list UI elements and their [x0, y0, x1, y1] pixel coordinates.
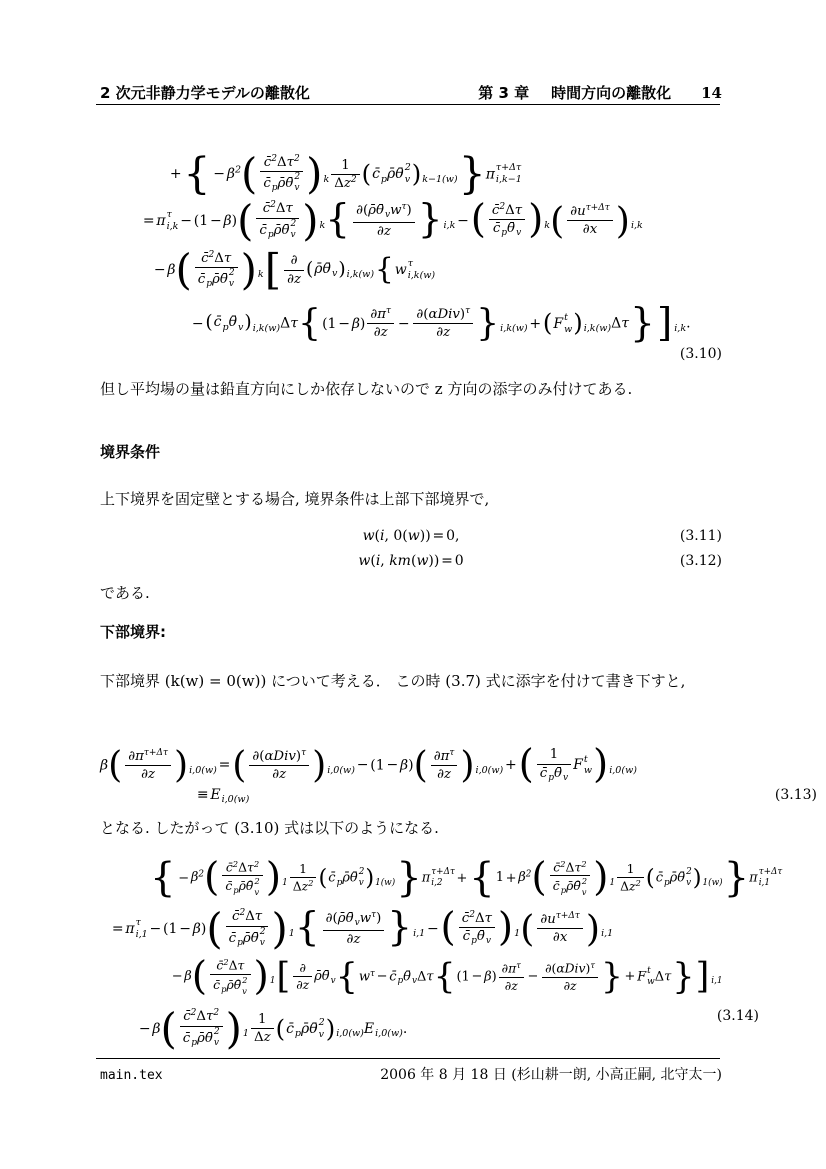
footer-rule — [96, 1058, 720, 1059]
equation-3-12-body: w(i, km(w))=0 — [358, 553, 463, 569]
paragraph-dearu: である. — [100, 581, 724, 606]
equation-label-3-10: (3.10) — [680, 346, 722, 362]
equation-3-14-line-4: −β(c̄2Δτ2c̄pρ̄θ̄2v)11Δz(c̄pρ̄θ̄2v)i,0(w)… — [100, 1008, 759, 1050]
equation-3-12: w(i, km(w))=0 (3.12) — [100, 553, 722, 569]
equation-label-3-11: (3.11) — [680, 528, 722, 544]
chapter-title: 時間方向の離散化 — [551, 82, 671, 103]
equation-label-3-13: (3.13) — [775, 787, 817, 803]
paragraph-note: 但し平均場の量は鉛直方向にしか依存しないので z 方向の添字のみ付けてある. — [100, 377, 724, 402]
equation-3-14-line-4-body: −β(c̄2Δτ2c̄pρ̄θ̄2v)11Δz(c̄pρ̄θ̄2v)i,0(w)… — [137, 1021, 407, 1037]
equation-3-14-line-2: =πτi,1−(1−β)(c̄2Δτc̄pρ̄θ̄2v)1{∂(ρ̄θ̄vwτ)… — [100, 908, 732, 950]
running-title: 2 次元非静力学モデルの離散化 — [100, 82, 310, 103]
equation-3-13-line-2: ≡Ei,0(w) (3.13) — [100, 787, 817, 805]
chapter-label: 第 3 章 — [478, 82, 529, 103]
equation-3-11-body: w(i, 0(w))=0, — [363, 528, 460, 544]
paragraph-boundary: 上下境界を固定壁とする場合, 境界条件は上部下部境界で, — [100, 487, 724, 512]
page-footer: main.tex 2006 年 8 月 18 日 (杉山耕一朗, 小高正嗣, 北… — [100, 1064, 722, 1084]
equation-label-3-12: (3.12) — [680, 553, 722, 569]
heading-lower-boundary: 下部境界: — [100, 621, 724, 642]
paragraph-tonaru: となる. したがって (3.10) 式は以下のようになる. — [100, 816, 724, 841]
equation-3-10-line-1: +{−β2(c̄2Δτ2c̄pρ̄θ̄2v)k1Δz2(c̄pρ̄θ̄2v)k−… — [100, 153, 790, 196]
header-rule — [96, 104, 720, 105]
page: 2 次元非静力学モデルの離散化 第 3 章 時間方向の離散化 14 +{−β2(… — [0, 0, 826, 1169]
heading-boundary-conditions: 境界条件 — [100, 441, 724, 462]
equation-3-14-line-1: {−β2(c̄2Δτ2c̄pρ̄θ̄2v)11Δz2(c̄pρ̄θ̄2v)1(w… — [100, 858, 772, 898]
equation-3-14-line-3: −β(c̄2Δτc̄pρ̄θ̄2v)1[∂∂zρ̄θ̄v{wτ−c̄pθ̄vΔτ… — [100, 957, 792, 996]
equation-3-13-line-1: β(∂πτ+Δτ∂z)i,0(w)=(∂(αDiv)τ∂z)i,0(w)−(1−… — [100, 746, 722, 785]
equation-3-10-line-3: −β(c̄2Δτc̄pρ̄θ̄2v)k[∂∂z(ρ̄θ̄v)i,k(w){wτi… — [100, 249, 774, 291]
page-header: 2 次元非静力学モデルの離散化 第 3 章 時間方向の離散化 14 — [100, 82, 722, 103]
equation-3-10-line-4: −(c̄pθ̄v)i,k(w)Δτ{(1−β)∂πτ∂z−∂(αDiv)τ∂z}… — [100, 304, 812, 343]
footer-filename: main.tex — [100, 1068, 163, 1083]
equation-3-11: w(i, 0(w))=0, (3.11) — [100, 528, 722, 544]
paragraph-lower-boundary: 下部境界 (k(w) = 0(w)) について考える． この時 (3.7) 式に… — [100, 669, 724, 694]
equation-3-10-line-2: =πτi,k−(1−β)(c̄2Δτc̄pρ̄θ̄2v)k{∂(ρ̄θ̄vwτ)… — [100, 200, 763, 242]
footer-date-authors: 2006 年 8 月 18 日 (杉山耕一朗, 小高正嗣, 北守太一) — [380, 1064, 722, 1084]
page-number: 14 — [701, 84, 722, 102]
equation-3-13-line-2-body: ≡Ei,0(w) — [195, 787, 249, 803]
equation-3-10-label-row: (3.10) — [100, 346, 722, 364]
equation-label-3-14: (3.14) — [717, 1008, 759, 1024]
